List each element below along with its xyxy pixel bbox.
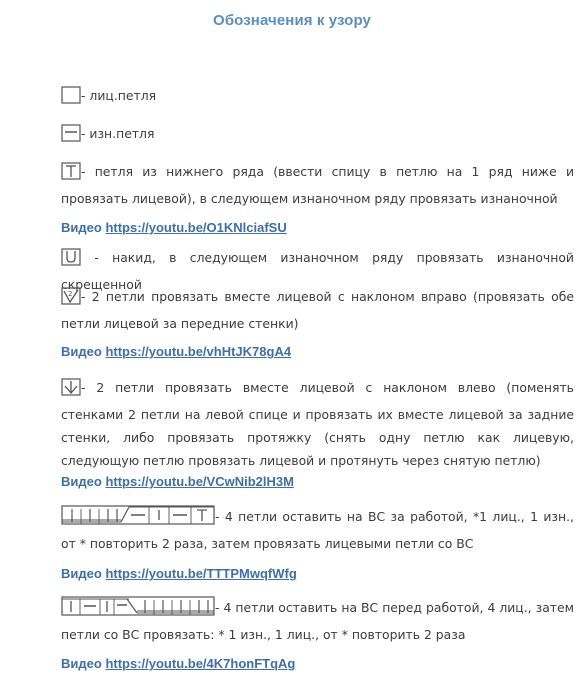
legend-text: - изн.петля	[81, 126, 154, 141]
legend-item-k2tog-left: - 2 петли провязать вместе лицевой с нак…	[61, 376, 574, 472]
cable-back-icon	[61, 505, 215, 532]
video-label: Видео	[61, 344, 102, 359]
legend-text: - лиц.петля	[81, 88, 156, 103]
video-link-row: Видео https://youtu.be/4K7honFTqAg	[61, 656, 295, 671]
video-link[interactable]: https://youtu.be/4K7honFTqAg	[105, 656, 295, 671]
video-link[interactable]: https://youtu.be/vhHtJK78gA4	[105, 344, 291, 359]
cable-front-icon	[61, 596, 215, 623]
legend-text: - 2 петли провязать вместе лицевой с нак…	[61, 289, 574, 331]
k2tog-right-icon: 2	[61, 287, 81, 312]
video-link-row: Видео https://youtu.be/TTTPMwqfWfg	[61, 566, 297, 581]
legend-text: - 2 петли провязать вместе лицевой с нак…	[61, 380, 574, 468]
legend-item-knit: - лиц.петля	[61, 84, 574, 111]
legend-item-knit-below: - петля из нижнего ряда (ввести спицу в …	[61, 160, 574, 210]
video-link[interactable]: https://youtu.be/TTTPMwqfWfg	[105, 566, 296, 581]
video-link-row: Видео https://youtu.be/O1KNlciafSU	[61, 220, 287, 235]
video-label: Видео	[61, 566, 102, 581]
video-link[interactable]: https://youtu.be/VCwNib2lH3M	[105, 474, 294, 489]
knit-below-icon	[61, 162, 81, 187]
video-label: Видео	[61, 474, 102, 489]
legend-text: - петля из нижнего ряда (ввести спицу в …	[61, 164, 574, 206]
legend-item-purl: - изн.петля	[61, 122, 574, 149]
legend-item-cable-front: - 4 петли оставить на ВС перед работой, …	[61, 596, 574, 646]
svg-text:2: 2	[68, 290, 72, 298]
legend-item-cable-back: - 4 петли оставить на ВС за работой, *1 …	[61, 505, 574, 555]
video-link-row: Видео https://youtu.be/vhHtJK78gA4	[61, 344, 291, 359]
legend-item-k2tog-right: 2 - 2 петли провязать вместе лицевой с н…	[61, 285, 574, 335]
page-title: Обозначения к узору	[0, 12, 584, 29]
knit-icon	[61, 86, 81, 111]
video-label: Видео	[61, 220, 102, 235]
yarn-over-icon	[61, 248, 81, 273]
video-link[interactable]: https://youtu.be/O1KNlciafSU	[105, 220, 286, 235]
purl-icon	[61, 124, 81, 149]
video-link-row: Видео https://youtu.be/VCwNib2lH3M	[61, 474, 294, 489]
video-label: Видео	[61, 656, 102, 671]
k2tog-left-icon	[61, 378, 81, 403]
